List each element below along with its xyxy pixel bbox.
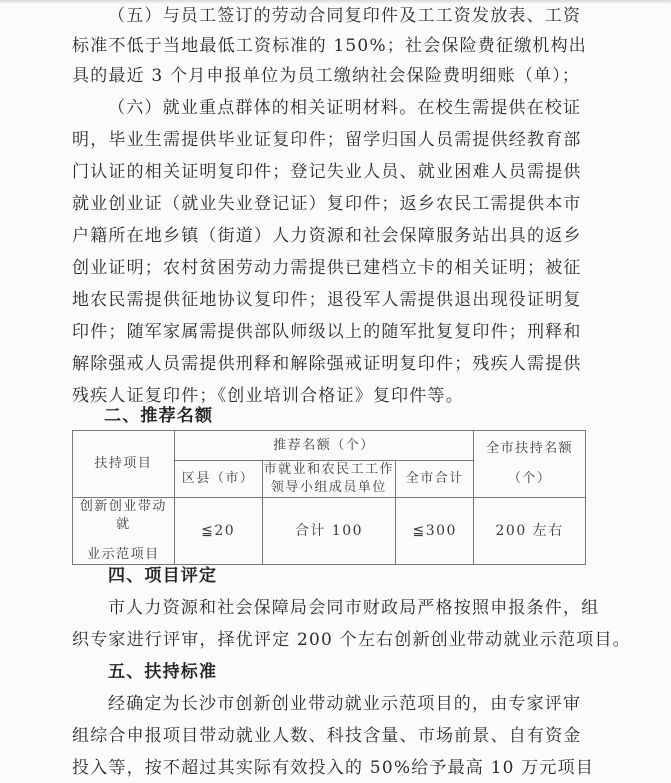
header-units: 市就业和农民工工作 领导小组成员单位 (262, 461, 396, 498)
cell-county: ≦20 (174, 498, 262, 565)
paragraph-6-line-8: 印件；随军家属需提供部队师级以上的随军批复复印件；刑释和 (72, 322, 592, 342)
header-city-support-line-1: 全市扶持名额 (474, 440, 585, 458)
paragraph-6-line-1: （六）就业重点群体的相关证明材料。在校生需提供在校证 (108, 98, 628, 118)
paragraph-5-line-2: 标准不低于当地最低工资标准的 150%；社会保险费征缴机构出 (72, 36, 592, 56)
header-units-line-1: 市就业和农民工工作 (263, 461, 396, 479)
section-4-line-1: 市人力资源和社会保障局会同市财政局严格按照申报条件，组 (108, 598, 628, 618)
cell-city-total: ≦300 (396, 498, 474, 565)
header-project: 扶持项目 (73, 431, 175, 498)
paragraph-6-line-9: 解除强戒人员需提供刑释和解除强戒证明复印件；残疾人需提供 (72, 354, 592, 374)
table-row: 创新创业带动就 业示范项目 ≦20 合计 100 ≦300 200 左右 (73, 498, 586, 565)
paragraph-6-line-6: 创业证明；农村贫困劳动力需提供已建档立卡的相关证明；被征 (72, 258, 592, 278)
section-4-heading: 四、项目评定 (108, 566, 628, 586)
header-city-support-line-2: （个） (474, 470, 585, 488)
section-5-heading: 五、扶持标准 (108, 662, 628, 682)
paragraph-6-line-5: 户籍所在地乡镇（街道）人力资源和社会保障服务站出具的返乡 (72, 226, 592, 246)
cell-project-line-1: 创新创业带动就 (73, 498, 174, 534)
header-city-support: 全市扶持名额 （个） (474, 431, 586, 498)
paragraph-6-line-4: 就业创业证（就业失业登记证）复印件；返乡农民工需提供本市 (72, 194, 592, 214)
cell-units: 合计 100 (262, 498, 396, 565)
cell-city-support: 200 左右 (474, 498, 586, 565)
cell-project: 创新创业带动就 业示范项目 (73, 498, 175, 565)
cell-project-line-2: 业示范项目 (73, 546, 174, 564)
section-5-line-1: 经确定为长沙市创新创业带动就业示范项目的，由专家评审 (108, 694, 628, 714)
header-city-total: 全市合计 (396, 461, 474, 498)
header-county: 区县（市） (174, 461, 262, 498)
paragraph-6-line-7: 地农民需提供征地协议复印件；退役军人需提供退出现役证明复 (72, 290, 592, 310)
paragraph-5-line-1: （五）与员工签订的劳动合同复印件及工工资发放表、工资 (108, 6, 628, 26)
section-4-line-2: 织专家进行评审，择优评定 200 个左右创新创业带动就业示范项目。 (72, 630, 592, 650)
section-5-line-3: 投入等，按不超过其实际有效投入的 50%给予最高 10 万元项目 (72, 758, 592, 778)
header-recommend: 推荐名额（个） (174, 431, 473, 461)
paragraph-6-line-2: 明，毕业生需提供毕业证复印件；留学归国人员需提供经教育部 (72, 130, 592, 150)
paragraph-6-line-3: 门认证的相关证明复印件；登记失业人员、就业困难人员需提供 (72, 162, 592, 182)
header-units-line-2: 领导小组成员单位 (263, 479, 396, 497)
page-top-edge (0, 0, 671, 4)
paragraph-6-line-10: 残疾人证复印件；《创业培训合格证》复印件等。 (72, 386, 592, 406)
paragraph-5-line-3: 具的最近 3 个月申报单位为员工缴纳社会保险费明细账（单）； (72, 66, 592, 86)
section-5-line-2: 组综合申报项目带动就业人数、科技含量、市场前景、自有资金 (72, 726, 592, 746)
section-2-heading: 二、推荐名额 (104, 406, 624, 426)
recommendation-quota-table: 扶持项目 推荐名额（个） 全市扶持名额 （个） 区县（市） 市就业和农民工工作 … (72, 430, 586, 565)
